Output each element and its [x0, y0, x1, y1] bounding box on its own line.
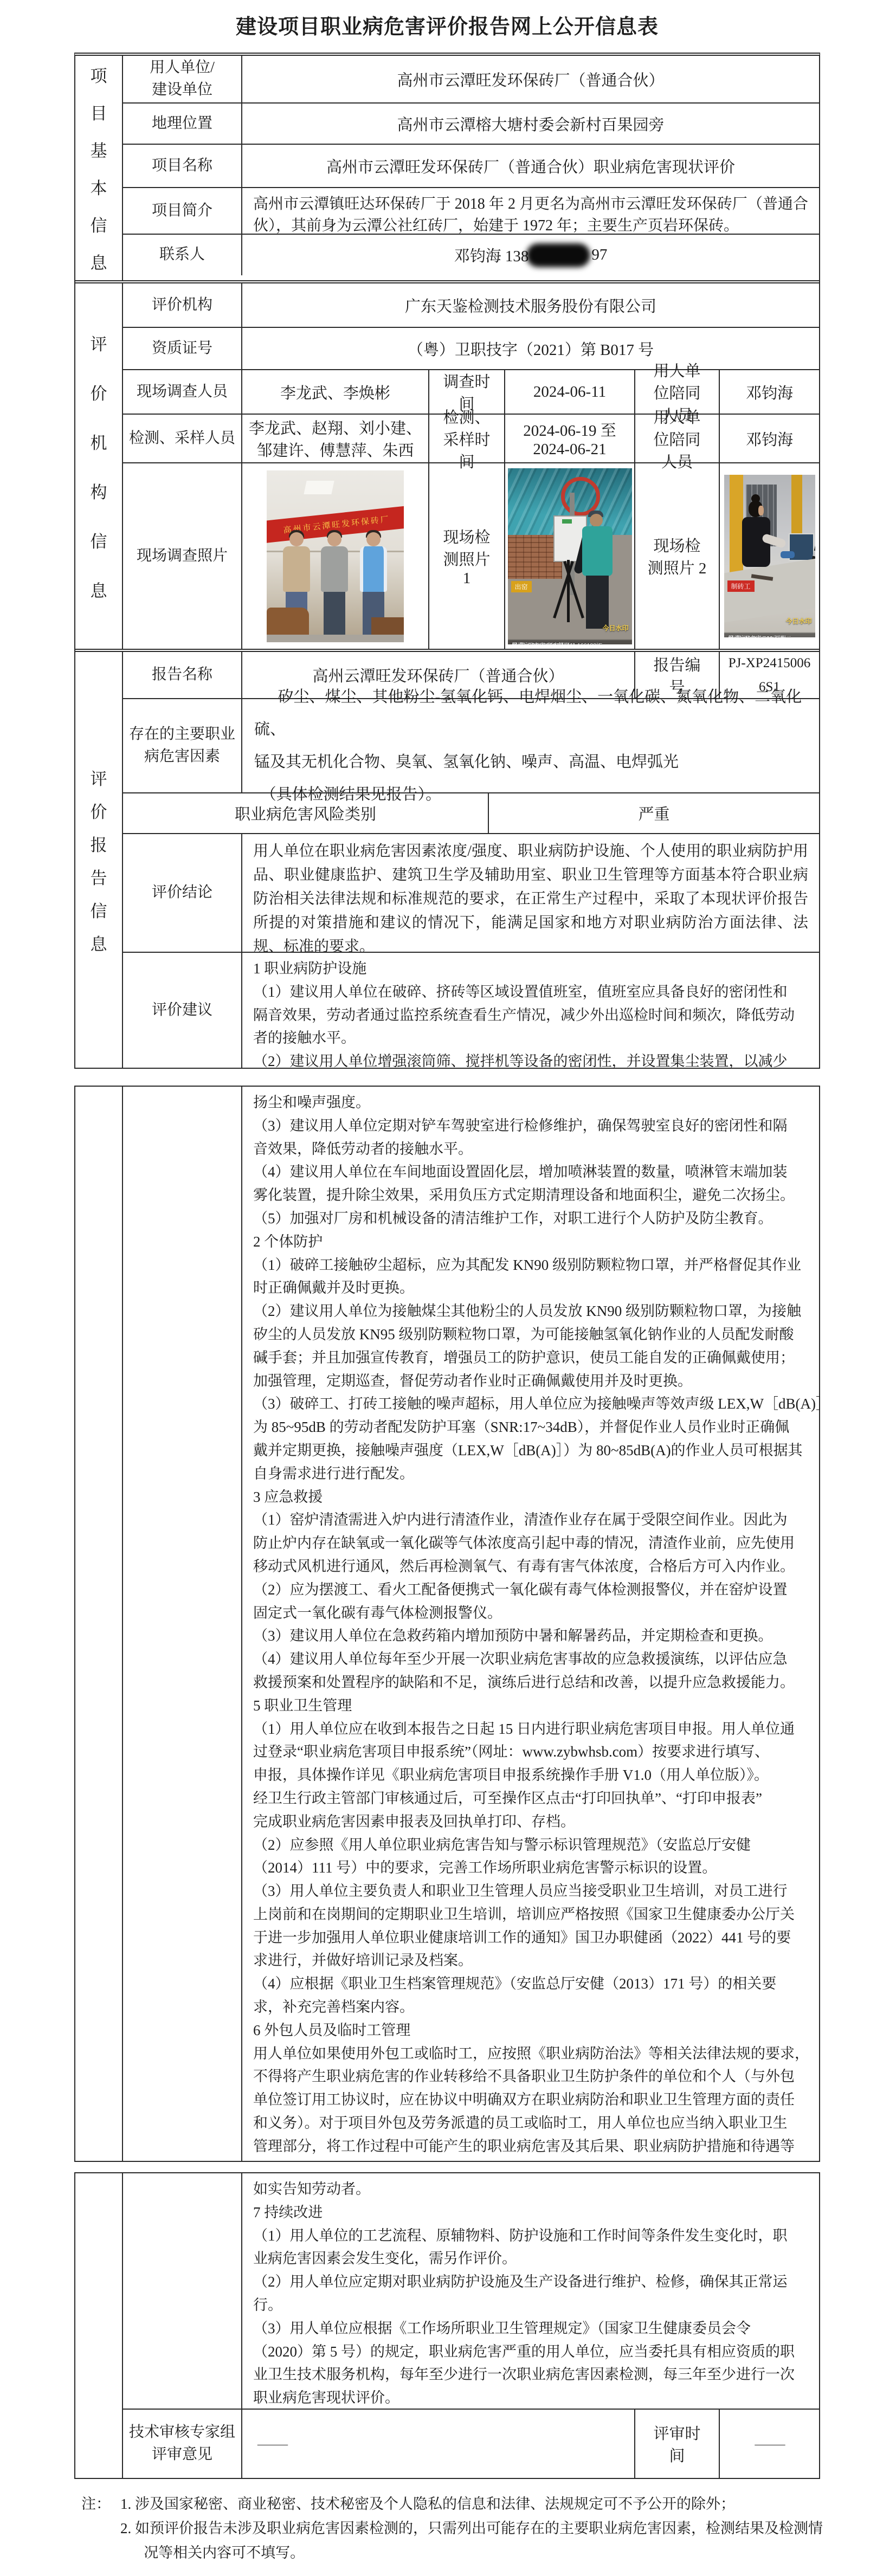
advice-label-empty — [123, 2173, 241, 2409]
text-line: 碱手套；并且加强宣传教育，增强员工的防护意识，使员工能自发的正确佩戴使用； — [253, 1346, 808, 1370]
contact-name-and-phone-prefix: 邓钧海 138 — [454, 244, 529, 266]
survey-photo-cell: 高州市云潭旺发环保砖厂 — [241, 463, 428, 649]
vertical-label-char: 项 — [91, 62, 107, 87]
floor-decor — [267, 635, 404, 642]
hazard-factors-value: 矽尘、煤尘、其他粉尘-氢氧化钙、电焊烟尘、一氧化碳、氮氧化物、二氧化硫、锰及其无… — [241, 699, 819, 792]
survey-time-value: 2024-06-11 — [504, 370, 634, 414]
row-employer: 用人单位/建设单位 高州市云潭旺发环保砖厂（普通合伙） — [123, 56, 819, 102]
text-line: 用人单位如果使用外包工或临时工，应按照《职业病防治法》等相关法律法规的要求， — [253, 2042, 808, 2065]
text-line: 1. 涉及国家秘密、商业秘密、技术秘密及个人隐私的信息和法律、法规规定可不予公开… — [120, 2492, 835, 2516]
text-line: 单位签订用工协议时，应在协议中明确双方在职业病防治和职业卫生管理方面的责任 — [253, 2088, 808, 2112]
photo-tag-badge: 制砖工 — [727, 580, 755, 592]
text-line: 隔音效果，劳动者通过监控系统查看生产情况，减少外出巡检时间和频次，降低劳动 — [253, 1004, 808, 1027]
survey-photo-illustration: 高州市云潭旺发环保砖厂 — [267, 470, 404, 642]
vertical-label-char: 评 — [91, 765, 107, 790]
person-figure — [319, 532, 350, 635]
contact-label: 联系人 — [123, 235, 241, 275]
text-line: （5）加强对厂房和机械设备的清洁维护工作，对职工进行个人防护及防尘教育。 — [253, 1207, 808, 1230]
vertical-label-char: 目 — [91, 100, 107, 124]
text-line: 业病危害因素会发生变化，需另作评价。 — [253, 2247, 808, 2270]
project-intro-value: 高州市云潭镇旺达环保砖厂于 2018 年 2 月更名为高州市云潭旺发环保砖厂（普… — [241, 188, 819, 234]
text-line: 经卫生行政主管部门审核通过后，可至操作区点击“打印回执单”、“打印申报表” — [253, 1787, 808, 1810]
text-line: （4）建议用人单位每年至少开展一次职业病危害事故的应急救援演练，以评估应急 — [253, 1648, 808, 1671]
text-line: （2）建议用人单位增强滚筒筛、搅拌机等设备的密闭性，并设置集尘装置，以减少 — [253, 1050, 808, 1073]
yellow-column-decor — [791, 475, 802, 540]
project-intro-label: 项目简介 — [123, 188, 241, 234]
row-risk-category: 职业病危害风险类别 严重 — [123, 792, 819, 833]
text-line: 加强管理，定期巡查，督促劳动者作业时正确佩戴使用并及时更换。 — [253, 1370, 808, 1393]
text-line: 6 外包人员及临时工管理 — [253, 2019, 808, 2042]
vertical-label-char: 信 — [91, 898, 107, 922]
row-location: 地理位置 高州市云潭榕大塘村委会新村百果园旁 — [123, 102, 819, 144]
section-label-report-info: 评价报告信息 — [75, 652, 123, 1068]
row-site-photos: 现场调查照片 高州市云潭旺发环保砖厂 — [123, 462, 819, 649]
risk-category-label: 职业病危害风险类别 — [123, 793, 488, 833]
sampling-staff-label: 检测、采样人员 — [123, 415, 241, 462]
text-line: 矽尘的人员发放 KN95 级别防颗粒物口罩，为可能接触氢氧化钠作业的人员配发耐酸 — [253, 1323, 808, 1346]
advice-text-part1: 1 职业病防护设施（1）建议用人单位在破碎、挤砖等区域设置值班室，值班室应具备良… — [241, 953, 819, 1068]
text-line: （2）应参照《用人单位职业病危害告知与警示标识管理规范》（安监总厅安健 — [253, 1833, 808, 1857]
text-line: 自身需求进行进行配发。 — [253, 1462, 808, 1486]
inspection-photo-2-illustration: 制砖工 时 间: 2024.06.18 星期二 地 点: 茂名市·291省道 海… — [724, 475, 815, 637]
sampling-time-value: 2024-06-19 至 2024-06-21 — [504, 415, 634, 462]
text-line: （2014）111 号）中的要求，完善工作场所职业病危害警示标识的设置。 — [253, 1856, 808, 1880]
text-line: 建设单位 — [152, 79, 212, 101]
watermark-logo: 今日水印 — [602, 623, 628, 632]
row-hazard-factors: 存在的主要职业病危害因素 矽尘、煤尘、其他粉尘-氢氧化钙、电焊烟尘、一氧化碳、氮… — [123, 698, 819, 792]
text-line: 者的接触水平。 — [253, 1026, 808, 1050]
employer-value: 高州市云潭旺发环保砖厂（普通合伙） — [241, 56, 819, 102]
text-line: 不得将产生职业病危害的作业转移给不具备职业卫生防护条件的单位和个人（与外包 — [253, 2065, 808, 2088]
text-line: （2020）第 5 号）的规定，职业病危害严重的用人单位，应当委托具有相应资质的… — [253, 2340, 808, 2364]
text-line: （2）应为摆渡工、看火工配备便携式一氧化碳有毒气体检测报警仪，并在窑炉设置 — [253, 1578, 808, 1602]
photo-watermark-overlay: 时 间: 2024.06.18 星期二 地 点: 茂名市·深水镇 海 拔: 52… — [508, 639, 632, 644]
agency-label: 评价机构 — [123, 283, 241, 327]
text-line: （3）用人单位主要负责人和职业卫生管理人员应当接受职业卫生培训，对员工进行 — [253, 1880, 808, 1903]
row-agency: 评价机构 广东天鉴检测技术服务股份有限公司 — [123, 283, 819, 327]
row-project-name: 项目名称 高州市云潭旺发环保砖厂（普通合伙）职业病危害现状评价 — [123, 144, 819, 187]
vertical-label-char: 价 — [91, 798, 107, 823]
text-line: 救援预案和处置程序的缺陷和不足，演练后进行总结和改善，以提升应急救援能力。 — [253, 1671, 808, 1694]
text-line: （1）窑炉清渣需进入炉内进行清渣作业，清渣作业存在属于受限空间作业。因此为 — [253, 1508, 808, 1532]
text-line: 防止炉内存在缺氧或一氧化碳等气体浓度高引起中毒的情况，清渣作业前，应先使用 — [253, 1532, 808, 1555]
text-line: 5 职业卫生管理 — [253, 1694, 808, 1718]
text-line: 戴并定期更换，接触噪声强度（LEX,W［dB(A)］）为 80~85dB(A)的… — [253, 1439, 808, 1462]
instrument-label-decor — [562, 519, 572, 524]
worker-figure — [582, 526, 613, 576]
text-line: 移动式风机进行通风，然后再检测氧气、有毒有害气体浓度，合格后方可入内作业。 — [253, 1555, 808, 1578]
photo-tag-badge: 出窑 — [511, 581, 532, 592]
worker-figure — [586, 576, 609, 629]
cert-no-value: （粤）卫职技字（2021）第 B017 号 — [241, 328, 819, 369]
hazard-factors-label: 存在的主要职业病危害因素 — [123, 699, 241, 792]
watermark-logo: 今日水印 — [785, 616, 811, 625]
footnotes: 注： 1. 涉及国家秘密、商业秘密、技术秘密及个人隐私的信息和法律、法规规定可不… — [81, 2492, 835, 2565]
table-page-2: 扬尘和噪声强度。（3）建议用人单位定期对铲车驾驶室进行检修维护，确保驾驶室良好的… — [74, 1086, 820, 2162]
cert-no-label: 资质证号 — [123, 328, 241, 369]
section-report-info-continued: 扬尘和噪声强度。（3）建议用人单位定期对铲车驾驶室进行检修维护，确保驾驶室良好的… — [75, 1087, 819, 2161]
tripod-decor — [567, 560, 570, 622]
text-line: 上岗前和在岗期间的定期职业卫生培训，培训应严格按照《国家卫生健康委办公厅关 — [253, 1903, 808, 1926]
worker-figure — [590, 514, 603, 527]
inspection-photo-2-cell: 制砖工 时 间: 2024.06.18 星期二 地 点: 茂名市·291省道 海… — [719, 463, 819, 649]
section-label-agency-info: 评价机构信息 — [75, 283, 123, 649]
text-line: 时正确佩戴并及时更换。 — [253, 1276, 808, 1300]
inspection-photo-2-caption: 现场检测照片 2 — [634, 463, 719, 649]
inspection-photo-1-cell: 出窑 时 间: 2024.06.18 星期二 地 点: 茂名市·深水镇 海 拔:… — [504, 463, 634, 649]
worker-figure — [758, 506, 764, 515]
text-line: 职业病危害现状评价。 — [253, 2386, 808, 2410]
advice-text-part2: 扬尘和噪声强度。（3）建议用人单位定期对铲车驾驶室进行检修维护，确保驾驶室良好的… — [241, 1087, 819, 2161]
text-line: 行。 — [253, 2294, 808, 2317]
row-conclusion: 评价结论 用人单位在职业病危害因素浓度/强度、职业病防护设施、个人使用的职业病防… — [123, 833, 819, 952]
text-line: 如实告知劳动者。 — [253, 2178, 808, 2201]
glove-decor — [781, 551, 795, 558]
text-line: 管理部分，将工作过程中可能产生的职业病危害及其后果、职业病防护措施和待遇等 — [253, 2135, 808, 2158]
vertical-label-char: 信 — [91, 212, 107, 236]
text-line: 锰及其无机化合物、臭氧、氢氧化钠、噪声、高温、电焊弧光 — [254, 746, 807, 778]
text-line: 业卫生技术服务机构，每年至少进行一次职业病危害因素检测，每三年至少进行一次 — [253, 2363, 808, 2386]
vertical-label-char: 机 — [91, 429, 107, 454]
review-time-value: —— — [719, 2410, 819, 2478]
text-line: （3）用人单位应根据《工作场所职业卫生管理规定》（国家卫生健康委员会令 — [253, 2317, 808, 2340]
conclusion-label: 评价结论 — [123, 834, 241, 952]
footnote-items: 1. 涉及国家秘密、商业秘密、技术秘密及个人隐私的信息和法律、法规规定可不予公开… — [120, 2492, 835, 2565]
table-page-3: 如实告知劳动者。7 持续改进（1）用人单位的工艺流程、原辅物料、防护设施和工作时… — [74, 2172, 820, 2479]
text-line: 扬尘和噪声强度。 — [253, 1091, 808, 1114]
red-reel-decor — [561, 477, 600, 516]
vertical-label-char: 价 — [91, 380, 107, 404]
advice-label: 评价建议 — [123, 953, 241, 1068]
vertical-label-char: 报 — [91, 831, 107, 856]
contact-value: 邓钧海 13897 — [241, 235, 819, 275]
text-line: （3）破碎工、打砖工接触的噪声超标，用人单位应为接触噪声等效声级 LEX,W［d… — [253, 1392, 808, 1416]
row-advice-part1: 评价建议 1 职业病防护设施（1）建议用人单位在破碎、挤砖等区域设置值班室，值班… — [123, 952, 819, 1068]
survey-staff-names: 李龙武、李焕彬 — [241, 370, 428, 414]
document-page: 建设项目职业病危害评价报告网上公开信息表 项目基本信息 用人单位/建设单位 高州… — [0, 0, 896, 2576]
text-line: （2）建议用人单位为接触煤尘其他粉尘的人员发放 KN90 级别防颗粒物口罩，为接… — [253, 1300, 808, 1323]
photo-watermark-overlay: 时 间: 2024.06.18 星期二 地 点: 茂名市·291省道 海 拔: … — [724, 632, 815, 637]
section-label-empty — [75, 1087, 123, 2161]
text-line: （4）建议用人单位在车间地面设置固化层，增加喷淋装置的数量，喷淋管末端加装 — [253, 1160, 808, 1184]
photo-skylight-decor — [304, 481, 334, 494]
sampling-staff-names: 李龙武、赵翔、刘小建、邹建许、傅慧萍、朱西 — [241, 415, 428, 462]
site-photos-label: 现场调查照片 — [123, 463, 241, 649]
footnote-prefix: 注： — [81, 2492, 120, 2565]
text-line: 用人单位/ — [150, 57, 215, 79]
report-name-label: 报告名称 — [123, 652, 241, 698]
text-line: 求进行，并做好培训记录及档案。 — [253, 1949, 808, 1972]
expert-review-opinion: —— — [241, 2410, 634, 2478]
text-line: 音效果，降低劳动者的接触水平。 — [253, 1138, 808, 1161]
text-line: （1）用人单位应在收到本报告之日起 15 日内进行职业病危害项目申报。用人单位通 — [253, 1718, 808, 1741]
text-line: 申报，具体操作详见《职业病危害项目申报系统操作手册 V1.0（用人单位版）》。 — [253, 1764, 808, 1787]
vertical-label-char: 构 — [91, 479, 107, 503]
project-name-value: 高州市云潭旺发环保砖厂（普通合伙）职业病危害现状评价 — [241, 145, 819, 187]
location-value: 高州市云潭榕大塘村委会新村百果园旁 — [241, 104, 819, 144]
inspection-photo-1-illustration: 出窑 时 间: 2024.06.18 星期二 地 点: 茂名市·深水镇 海 拔:… — [508, 468, 632, 644]
agency-value: 广东天鉴检测技术服务股份有限公司 — [241, 283, 819, 327]
dash-placeholder: —— — [755, 2435, 784, 2453]
text-line: （4）应根据《职业卫生档案管理规范》（安监总厅安健（2013）171 号）的相关… — [253, 1972, 808, 1996]
conclusion-text: 用人单位在职业病危害因素浓度/强度、职业病防护设施、个人使用的职业病防护用品、职… — [241, 834, 819, 952]
text-line: 求，补充完善档案内容。 — [253, 1996, 808, 2019]
row-advice-part2: 扬尘和噪声强度。（3）建议用人单位定期对铲车驾驶室进行检修维护，确保驾驶室良好的… — [123, 1087, 819, 2161]
advice-text-part3: 如实告知劳动者。7 持续改进（1）用人单位的工艺流程、原辅物料、防护设施和工作时… — [241, 2173, 819, 2409]
text-line: 完成职业病危害因素申报表及回执单打印、存档。 — [253, 1810, 808, 1833]
row-cert-no: 资质证号 （粤）卫职技字（2021）第 B017 号 — [123, 327, 819, 369]
text-line: 过登录“职业病危害项目申报系统”（网址：www.zybwhsb.com）按要求进… — [253, 1740, 808, 1764]
vertical-label-char: 评 — [91, 331, 107, 355]
vertical-label-char: 告 — [91, 864, 107, 889]
page-title: 建设项目职业病危害评价报告网上公开信息表 — [74, 10, 820, 40]
text-line: 3 应急救援 — [253, 1486, 808, 1509]
text-line: （3）建议用人单位定期对铲车驾驶室进行检修维护，确保驾驶室良好的密闭性和隔 — [253, 1114, 808, 1138]
photo-coords-text: 经纬度: 21.869887°N,111.166123°E — [512, 641, 603, 644]
text-line: （1）破碎工接触矽尘超标，应为其配发 KN90 级别防颗粒物口罩，并严格督促其作… — [253, 1254, 808, 1277]
redacted-phone-blob — [526, 243, 590, 267]
advice-label-empty — [123, 1087, 241, 2161]
text-line: 矽尘、煤尘、其他粉尘-氢氧化钙、电焊烟尘、一氧化碳、氮氧化物、二氧化硫、 — [254, 681, 807, 746]
row-project-intro: 项目简介 高州市云潭镇旺达环保砖厂于 2018 年 2 月更名为高州市云潭旺发环… — [123, 187, 819, 234]
row-sampling-staff: 检测、采样人员 李龙武、赵翔、刘小建、邹建许、傅慧萍、朱西 检测、采样时间 20… — [123, 414, 819, 462]
text-line: 雾化装置，提升除尘效果，采用负压方式定期清理设备和地面积尘，避免二次扬尘。 — [253, 1184, 808, 1207]
text-line: （1）建议用人单位在破碎、挤砖等区域设置值班室，值班室应具备良好的密闭性和 — [253, 980, 808, 1004]
dash-placeholder: —— — [257, 2435, 287, 2453]
vertical-label-char: 本 — [91, 175, 107, 199]
expert-review-label: 技术审核专家组评审意见 — [123, 2410, 241, 2478]
text-line: 1 职业病防护设施 — [253, 957, 808, 980]
vertical-label-char: 信 — [91, 528, 107, 552]
review-time-label: 评审时间 — [634, 2410, 719, 2478]
yellow-column-decor — [730, 475, 743, 576]
row-advice-part3: 如实告知劳动者。7 持续改进（1）用人单位的工艺流程、原辅物料、防护设施和工作时… — [123, 2173, 819, 2409]
section-report-info: 评价报告信息 报告名称 高州云潭旺发环保砖厂（普通合伙） 报告编号 PJ-XP2… — [75, 649, 819, 1068]
photo-coords-text: 经纬度: 21.868999°N,111.166118°E — [729, 634, 815, 637]
text-line: （2）用人单位应定期对职业病防护设施及生产设备进行维护、检修，确保其正常运 — [253, 2270, 808, 2294]
text-line: 于进一步加强用人单位职业健康培训工作的通知》国卫办职健函（2022）441 号的… — [253, 1926, 808, 1949]
sampling-time-label: 检测、采样时间 — [428, 415, 504, 462]
vertical-label-char: 息 — [91, 249, 107, 274]
contact-phone-suffix: 97 — [591, 246, 607, 264]
section-agency-info: 评价机构信息 评价机构 广东天鉴检测技术服务股份有限公司 资质证号 （粤）卫职技… — [75, 280, 819, 649]
section-report-info-continued-2: 如实告知劳动者。7 持续改进（1）用人单位的工艺流程、原辅物料、防护设施和工作时… — [75, 2173, 819, 2478]
vertical-label-char: 息 — [91, 577, 107, 602]
row-expert-review: 技术审核专家组评审意见 —— 评审时间 —— — [123, 2409, 819, 2478]
inspection-photo-1-caption: 现场检测照片 1 — [428, 463, 504, 649]
section-project-basic-info: 项目基本信息 用人单位/建设单位 高州市云潭旺发环保砖厂（普通合伙） 地理位置 … — [75, 56, 819, 280]
text-line: 7 持续改进 — [253, 2201, 808, 2224]
vertical-label-char: 息 — [91, 931, 107, 955]
survey-companion-value: 邓钧海 — [719, 370, 819, 414]
text-line: 2 个体防护 — [253, 1230, 808, 1254]
text-line: 固定式一氧化碳有毒气体检测报警仪。 — [253, 1602, 808, 1625]
text-line: 2. 如预评价报告未涉及职业病危害因素检测的，只需列出可能存在的主要职业病危害因… — [120, 2516, 835, 2565]
text-line: （3）建议用人单位在急救药箱内增加预防中暑和解暑药品，并定期检查和更换。 — [253, 1624, 808, 1648]
table-page-1: 项目基本信息 用人单位/建设单位 高州市云潭旺发环保砖厂（普通合伙） 地理位置 … — [74, 53, 820, 1069]
section-label-project-basic-info: 项目基本信息 — [75, 56, 123, 280]
vertical-label-char: 基 — [91, 137, 107, 162]
project-name-label: 项目名称 — [123, 145, 241, 187]
row-contact: 联系人 邓钧海 13897 — [123, 234, 819, 275]
location-label: 地理位置 — [123, 104, 241, 144]
survey-staff-label: 现场调查人员 — [123, 370, 241, 414]
risk-category-value: 严重 — [488, 793, 819, 833]
text-line: 为 85~95dB 的劳动者配发防护耳塞（SNR:17~34dB），并督促作业人… — [253, 1416, 808, 1439]
sampling-companion-label: 用人单位陪同人员 — [634, 415, 719, 462]
section-label-empty — [75, 2173, 123, 2478]
employer-label: 用人单位/建设单位 — [123, 56, 241, 102]
sampling-companion-value: 邓钧海 — [719, 415, 819, 462]
text-line: 和义务）。对于项目外包及劳务派遣的员工或临时工，用人单位也应当纳入职业卫生 — [253, 2112, 808, 2135]
text-line: （1）用人单位的工艺流程、原辅物料、防护设施和工作时间等条件发生变化时，职 — [253, 2224, 808, 2248]
